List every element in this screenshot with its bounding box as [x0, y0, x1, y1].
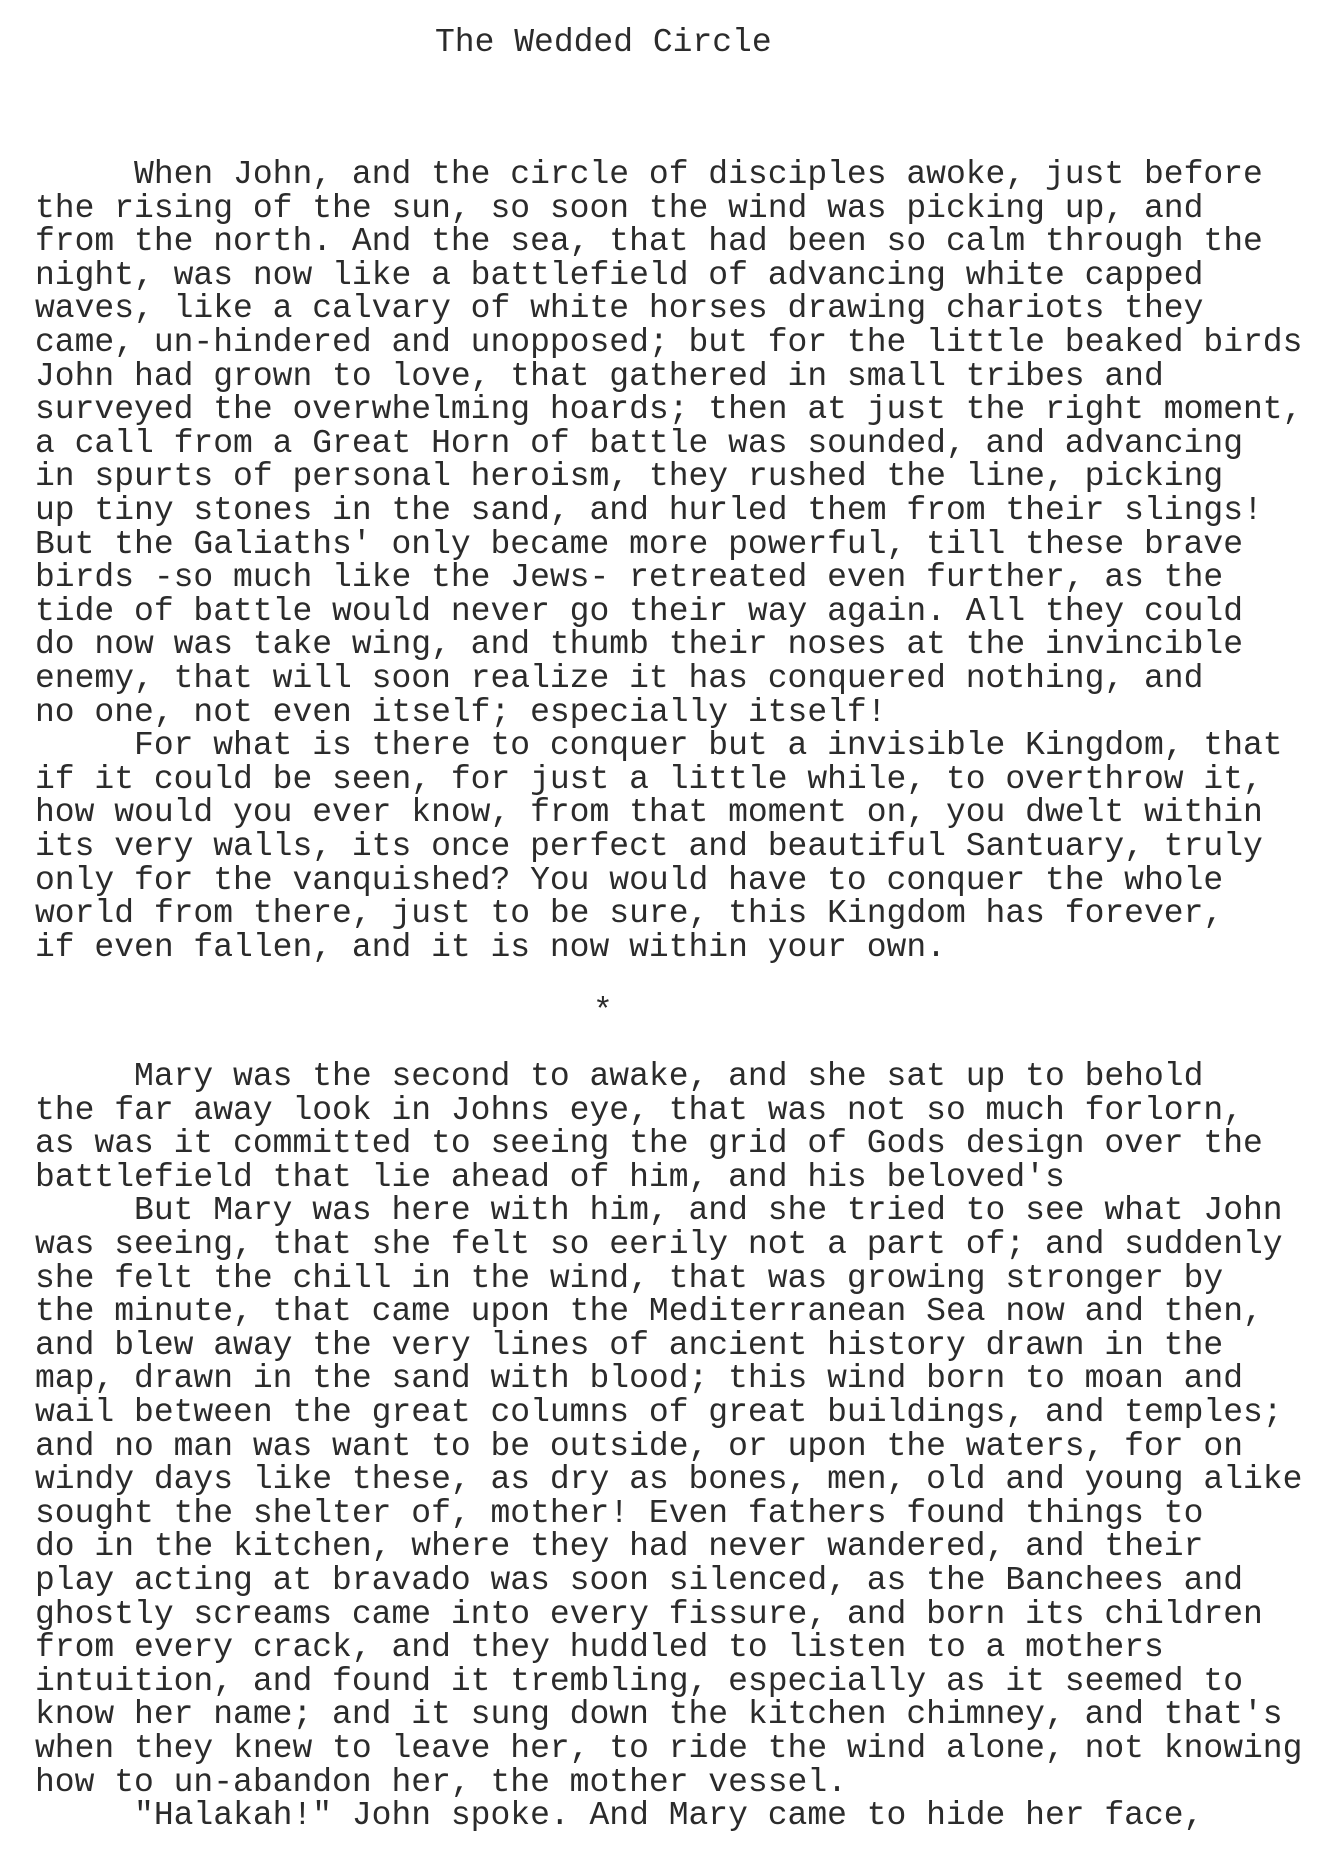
- text-line: if even fallen, and it is now within you…: [35, 931, 946, 965]
- text-line: came, un-hindered and unopposed; but for…: [35, 326, 1302, 360]
- text-line: intuition, and found it trembling, espec…: [35, 1665, 1243, 1699]
- text-line: When John, and the circle of disciples a…: [35, 158, 1263, 192]
- text-line: enemy, that will soon realize it has con…: [35, 662, 1203, 696]
- text-line: battlefield that lie ahead of him, and h…: [35, 1161, 1065, 1195]
- text-line: she felt the chill in the wind, that was…: [35, 1262, 1223, 1296]
- text-line: if it could be seen, for just a little w…: [35, 763, 1263, 797]
- text-line: do in the kitchen, where they had never …: [35, 1530, 1203, 1564]
- text-line: Mary was the second to awake, and she sa…: [35, 1060, 1203, 1094]
- text-line: no one, not even itself; especially itse…: [35, 696, 887, 730]
- text-line: and blew away the very lines of ancient …: [35, 1329, 1223, 1363]
- text-line: from the north. And the sea, that had be…: [35, 225, 1263, 259]
- text-line: the minute, that came upon the Mediterra…: [35, 1295, 1263, 1329]
- text-line: night, was now like a battlefield of adv…: [35, 259, 1203, 293]
- text-line: For what is there to conquer but a invis…: [35, 729, 1283, 763]
- text-line: know her name; and it sung down the kitc…: [35, 1698, 1283, 1732]
- text-line: and no man was want to be outside, or up…: [35, 1430, 1243, 1464]
- text-line: only for the vanquished? You would have …: [35, 864, 1223, 898]
- text-line: surveyed the overwhelming hoards; then a…: [35, 393, 1302, 427]
- text-line: how to un-abandon her, the mother vessel…: [35, 1766, 847, 1800]
- text-line: ghostly screams came into every fissure,…: [35, 1598, 1263, 1632]
- text-line: world from there, just to be sure, this …: [35, 897, 1223, 931]
- text-line: But the Galiaths' only became more power…: [35, 528, 1243, 562]
- text-line: the far away look in Johns eye, that was…: [35, 1094, 1243, 1128]
- text-line: as was it committed to seeing the grid o…: [35, 1127, 1263, 1161]
- text-line: map, drawn in the sand with blood; this …: [35, 1362, 1243, 1396]
- text-line: from every crack, and they huddled to li…: [35, 1631, 1164, 1665]
- text-line: sought the shelter of, mother! Even fath…: [35, 1497, 1203, 1531]
- text-line: birds -so much like the Jews- retreated …: [35, 561, 1223, 595]
- text-line: the rising of the sun, so soon the wind …: [35, 192, 1203, 226]
- text-line: John had grown to love, that gathered in…: [35, 360, 1164, 394]
- text-line: "Halakah!" John spoke. And Mary came to …: [35, 1799, 1203, 1833]
- text-line: wail between the great columns of great …: [35, 1396, 1283, 1430]
- text-line: how would you ever know, from that momen…: [35, 796, 1263, 830]
- text-line: when they knew to leave her, to ride the…: [35, 1732, 1302, 1766]
- text-line: tide of battle would never go their way …: [35, 595, 1243, 629]
- text-line: windy days like these, as dry as bones, …: [35, 1463, 1302, 1497]
- text-line: in spurts of personal heroism, they rush…: [35, 460, 1223, 494]
- text-line: waves, like a calvary of white horses dr…: [35, 292, 1203, 326]
- text-line: But Mary was here with him, and she trie…: [35, 1194, 1283, 1228]
- document-title: The Wedded Circle: [435, 26, 772, 60]
- text-line: up tiny stones in the sand, and hurled t…: [35, 494, 1263, 528]
- section-break: *: [593, 995, 613, 1029]
- text-line: a call from a Great Horn of battle was s…: [35, 427, 1243, 461]
- text-line: its very walls, its once perfect and bea…: [35, 830, 1263, 864]
- text-line: was seeing, that she felt so eerily not …: [35, 1228, 1283, 1262]
- text-line: play acting at bravado was soon silenced…: [35, 1564, 1243, 1598]
- text-line: do now was take wing, and thumb their no…: [35, 628, 1243, 662]
